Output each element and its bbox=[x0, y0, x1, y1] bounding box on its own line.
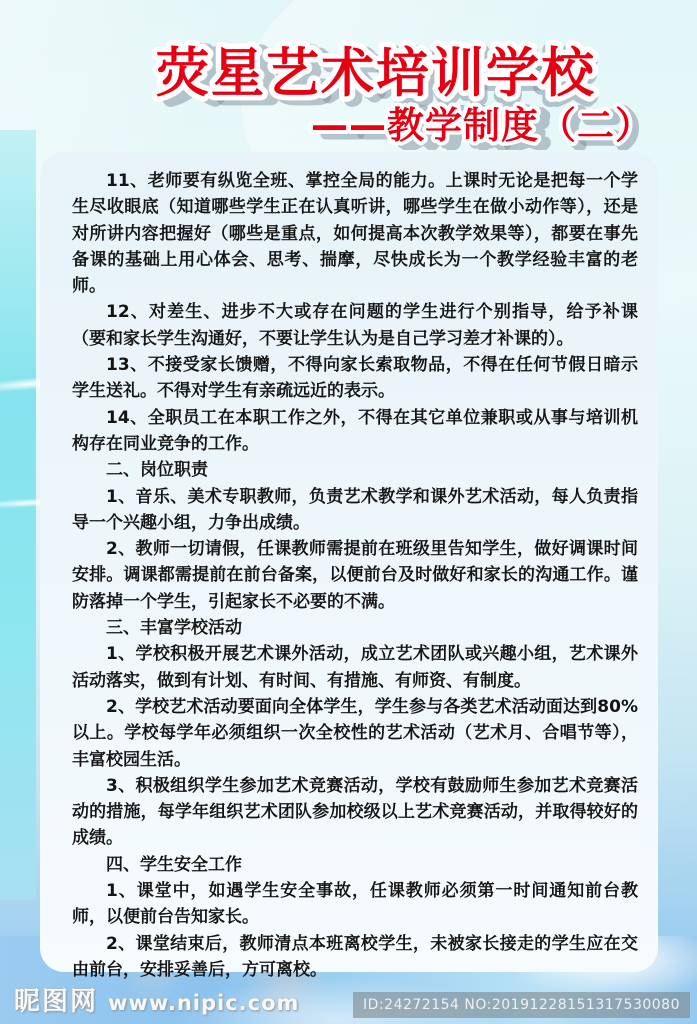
page-subtitle: ——教学制度（二） bbox=[311, 104, 653, 147]
section-heading-3-school-activities: 三、丰富学校活动 bbox=[72, 615, 638, 641]
nipic-url: www.nipic.com bbox=[108, 991, 299, 1015]
section-heading-2-job-duties: 二、岗位职责 bbox=[72, 457, 638, 483]
image-id-badge: ID:24272154 NO:20191228151317530080 bbox=[353, 992, 690, 1018]
rule-paragraph-12: 12、对差生、进步不大或存在问题的学生进行个别指导，给予补课（要和家长学生沟通好… bbox=[72, 299, 638, 352]
page-title: 荧星艺术培训学校 bbox=[156, 43, 596, 104]
school-activities-paragraph-3: 3、积极组织学生参加艺术竞赛活动，学校有鼓励师生参加艺术竞赛活动的措施，每学年组… bbox=[72, 773, 638, 852]
section-heading-4-student-safety: 四、学生安全工作 bbox=[72, 852, 638, 878]
school-activities-paragraph-1: 1、学校积极开展艺术课外活动，成立艺术团队或兴趣小组，艺术课外活动落实，做到有计… bbox=[72, 641, 638, 694]
nipic-logo: 昵图网 bbox=[14, 981, 98, 1018]
student-safety-paragraph-1: 1、课堂中，如遇学生安全事故，任课教师必须第一时间通知前台教师，以便前台告知家长… bbox=[72, 878, 638, 931]
poster-page: { "header": { "title": "荧星艺术培训学校", "subt… bbox=[0, 0, 697, 1024]
rule-paragraph-14: 14、全职员工在本职工作之外，不得在其它单位兼职或从事与培训机构存在同业竞争的工… bbox=[72, 405, 638, 458]
background-left-cyan-band bbox=[0, 130, 36, 900]
rule-paragraph-13: 13、不接受家长馈赠，不得向家长索取物品，不得在任何节假日暗示学生送礼。不得对学… bbox=[72, 352, 638, 405]
job-duties-paragraph-1: 1、音乐、美术专职教师，负责艺术教学和课外艺术活动，每人负责指导一个兴趣小组，力… bbox=[72, 484, 638, 537]
job-duties-paragraph-2: 2、教师一切请假，任课教师需提前在班级里告知学生，做好调课时间安排。调课都需提前… bbox=[72, 536, 638, 615]
school-activities-paragraph-2: 2、学校艺术活动要面向全体学生，学生参与各类艺术活动面达到80%以上。学校每学年… bbox=[72, 694, 638, 773]
rule-paragraph-11: 11、老师要有纵览全班、掌控全局的能力。上课时无论是把每一个学生尽收眼底（知道哪… bbox=[72, 168, 638, 299]
student-safety-paragraph-2: 2、课堂结束后，教师清点本班离校学生，未被家长接走的学生应在交由前台，安排妥善后… bbox=[72, 931, 638, 984]
rules-content-card: 11、老师要有纵览全班、掌控全局的能力。上课时无论是把每一个学生尽收眼底（知道哪… bbox=[40, 152, 658, 972]
header-title-graphic: 荧星艺术培训学校 荧星艺术培训学校 ——教学制度（二） ——教学制度（二） bbox=[0, 0, 697, 150]
site-watermark: 昵图网 www.nipic.com bbox=[14, 981, 299, 1018]
